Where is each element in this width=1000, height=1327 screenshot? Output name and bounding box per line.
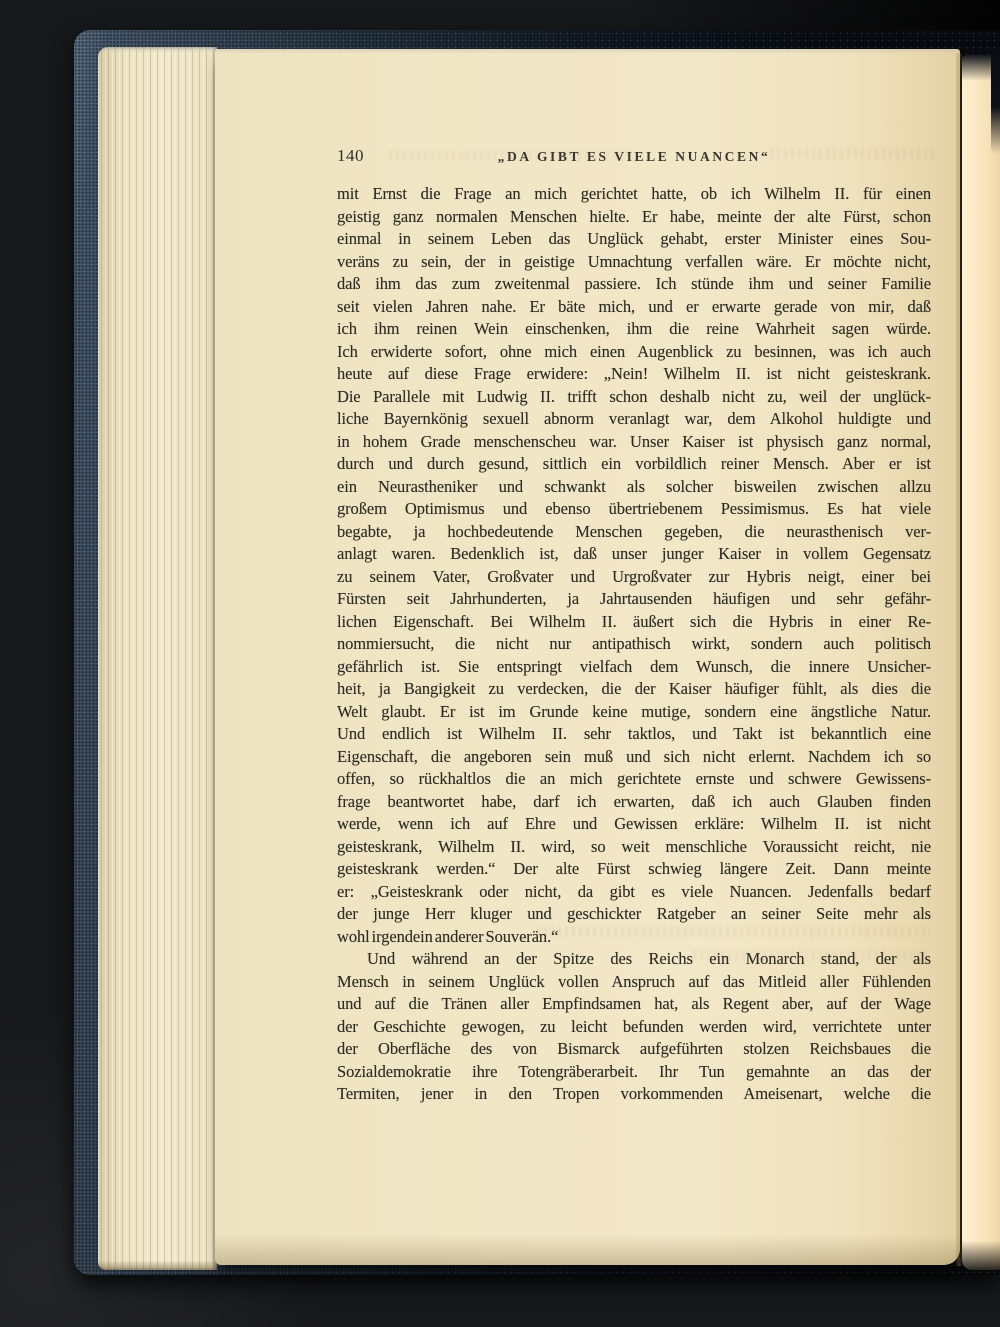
text-line: liche Bayernkönig sexuell abnorm veranla… (337, 408, 931, 431)
text-line: offen, so rückhaltlos die an mich gerich… (337, 768, 931, 791)
text-line: großem Optimismus und ebenso übertrieben… (337, 498, 931, 521)
text-line: Fürsten seit Jahrhunderten, ja Jahrtause… (337, 588, 931, 611)
show-through-streak (770, 148, 934, 159)
text-line: geisteskrank werden.“ Der alte Fürst sch… (337, 858, 931, 881)
spine-shadow (991, 49, 1000, 154)
page-fore-edge-stack (98, 47, 217, 1270)
text-line: werde, wenn ich auf Ehre und Gewissen er… (337, 813, 931, 836)
facing-page-edge (962, 55, 1000, 1270)
text-line: Termiten, jener in den Tropen vorkommend… (337, 1083, 931, 1106)
text-line: Welt glaubt. Er ist im Grunde keine muti… (337, 701, 931, 724)
page-number: 140 (337, 146, 364, 166)
text-line: ein Neurastheniker und schwankt als solc… (337, 476, 931, 499)
body-text: mit Ernst die Frage an mich gerichtet ha… (337, 183, 931, 1106)
text-line: Sozialdemokratie ihre Totengräberarbeit.… (337, 1061, 931, 1084)
show-through-streak (537, 926, 930, 937)
text-line: gefährlich ist. Sie entspringt vielfach … (337, 656, 931, 679)
text-line: und auf die Tränen aller Empfindsamen ha… (337, 993, 931, 1016)
text-line: nommiersucht, die nicht nur antipathisch… (337, 633, 931, 656)
show-through-streak (389, 150, 635, 161)
text-line: durch und durch gesund, sittlich ein vor… (337, 453, 931, 476)
text-line: mit Ernst die Frage an mich gerichtet ha… (337, 183, 931, 206)
text-line: Die Parallele mit Ludwig II. trifft scho… (337, 386, 931, 409)
text-line: einmal in seinem Leben das Unglück gehab… (337, 228, 931, 251)
text-line: daß ihm das zum zweitenmal passiere. Ich… (337, 273, 931, 296)
text-line: seit vielen Jahren nahe. Er bäte mich, u… (337, 296, 931, 319)
text-line: geisteskrank, Wilhelm II. wird, so weit … (337, 836, 931, 859)
text-line: Ich erwiderte sofort, ohne mich einen Au… (337, 341, 931, 364)
text-line: der Oberfläche des von Bismarck aufgefüh… (337, 1038, 931, 1061)
text-line: lichen Eigenschaft. Bei Wilhelm II. äuße… (337, 611, 931, 634)
show-through-streak (693, 950, 930, 961)
text-line: Mensch in seinem Unglück vollen Anspruch… (337, 971, 931, 994)
text-line: zu seinem Vater, Großvater und Urgroßvat… (337, 566, 931, 589)
text-line: der junge Herr kluger und geschickter Ra… (337, 903, 931, 926)
page-text: 140 „DA GIBT ES VIELE NUANCEN“ mit Ernst… (337, 146, 931, 1106)
text-line: in hohem Grade menschenscheu war. Unser … (337, 431, 931, 454)
gutter-crease (955, 53, 962, 1266)
text-line: heit, ja Bangigkeit zu verdecken, die de… (337, 678, 931, 701)
text-line: der Geschichte gewogen, zu leicht befund… (337, 1016, 931, 1039)
text-line: ich ihm reinen Wein einschenken, ihm die… (337, 318, 931, 341)
text-line: anlagt waren. Bedenklich ist, daß unser … (337, 543, 931, 566)
text-line: Eigenschaft, die angeboren sein muß und … (337, 746, 931, 769)
text-line: begabte, ja hochbedeutende Menschen gege… (337, 521, 931, 544)
text-line: Und endlich ist Wilhelm II. sehr taktlos… (337, 723, 931, 746)
text-line: geistig ganz normalen Menschen hielte. E… (337, 206, 931, 229)
text-line: er: „Geisteskrank oder nicht, da gibt es… (337, 881, 931, 904)
text-line: heute auf diese Frage erwidere: „Nein! W… (337, 363, 931, 386)
book-photo: 140 „DA GIBT ES VIELE NUANCEN“ mit Ernst… (0, 0, 1000, 1327)
text-line: frage beantwortet habe, darf ich erwarte… (337, 791, 931, 814)
page-header: 140 „DA GIBT ES VIELE NUANCEN“ (337, 146, 931, 166)
text-line: veräns zu sein, der in geistige Umnachtu… (337, 251, 931, 274)
